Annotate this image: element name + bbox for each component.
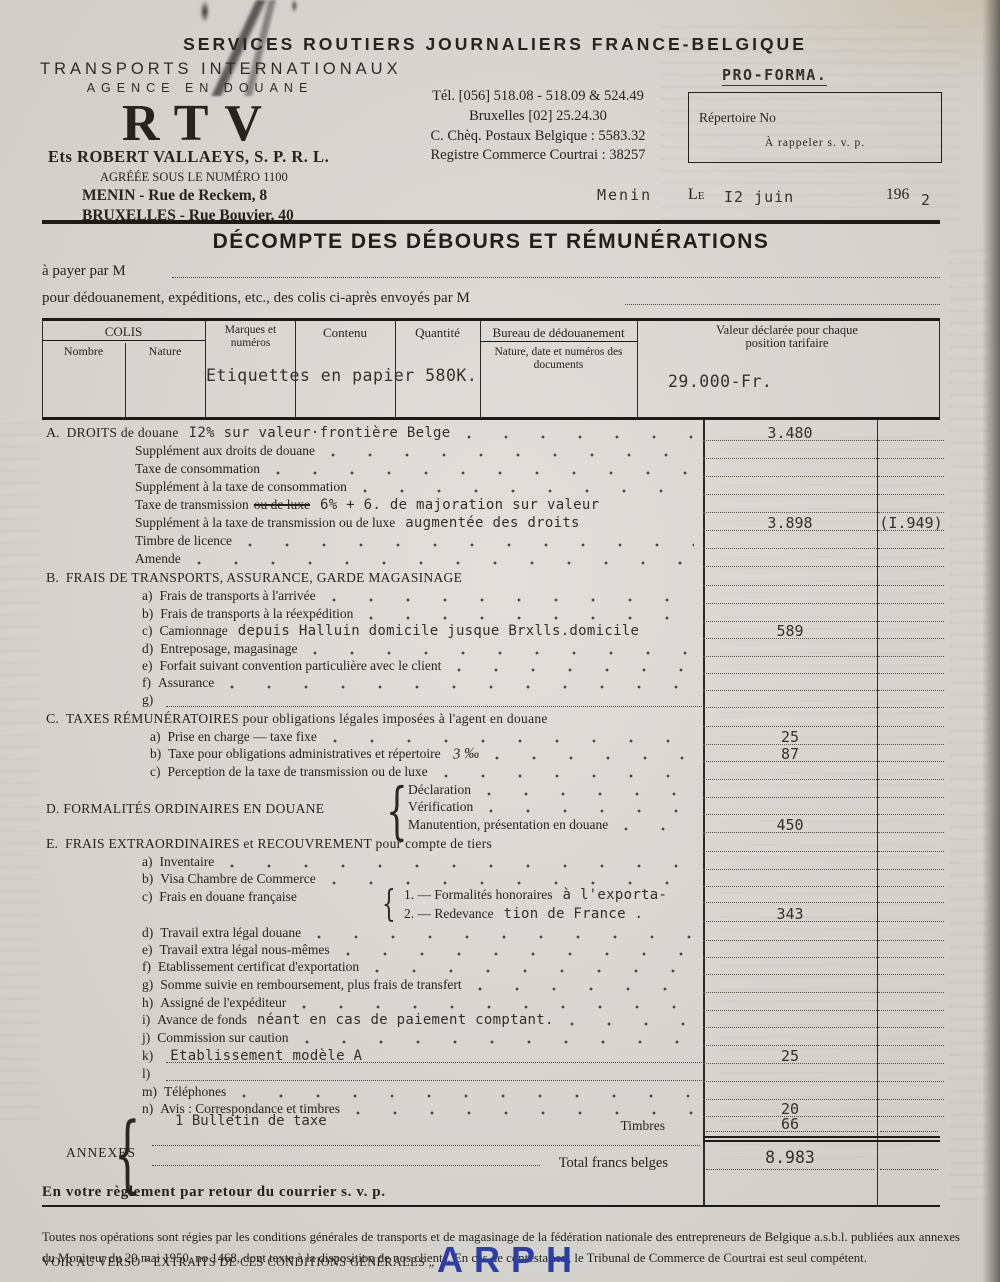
secondary-amount-cell <box>878 854 944 870</box>
row-letter: b) <box>142 606 153 622</box>
row-letter: C. <box>46 712 59 728</box>
form-row: B.FRAIS DE TRANSPORTS, ASSURANCE, GARDE … <box>42 570 940 588</box>
secondary-amount-cell <box>878 1084 944 1100</box>
secondary-amount-cell <box>878 606 944 622</box>
row-label: FRAIS EXTRAORDINAIRES et RECOUVREMENT po… <box>65 836 492 852</box>
secondary-amount-cell <box>878 497 944 513</box>
row-letter: i) <box>142 1012 150 1028</box>
row-label-zone: f)Assurance <box>42 675 702 693</box>
col-header-bureau-sub: Nature, date et numéros des documents <box>490 346 627 372</box>
annexes-label: ANNEXES <box>66 1145 136 1161</box>
form-row: Timbre de licence <box>42 533 940 551</box>
amount-cell <box>703 1030 877 1046</box>
address-menin: MENIN - Rue de Reckem, 8 <box>82 187 267 205</box>
phone-line: Tél. [056] 518.08 - 518.09 & 524.49 <box>398 88 678 105</box>
col-header-nombre: Nombre <box>42 344 125 359</box>
form-row: i)Avance de fondsnéant en cas de paiemen… <box>42 1012 940 1030</box>
form-row: e)Forfait suivant convention particulièr… <box>42 658 940 676</box>
dot-leader <box>317 935 694 939</box>
dot-leader <box>363 489 694 493</box>
row-label-zone: c)Perception de la taxe de transmission … <box>42 764 702 782</box>
repertoire-label: Répertoire No <box>699 110 776 126</box>
row-label: Timbre de licence <box>135 533 232 549</box>
amount-cell <box>703 588 877 604</box>
form-row: Supplément aux droits de douane <box>42 443 940 461</box>
row-label: Supplément aux droits de douane <box>135 443 315 459</box>
dot-leader <box>313 651 694 655</box>
form-row: c)Camionnagedepuis Halluin domicile jusq… <box>42 623 940 641</box>
dot-leader <box>375 969 694 973</box>
row-letter: d) <box>142 925 153 941</box>
row-letter: c) <box>142 889 153 904</box>
dot-leader <box>457 668 694 672</box>
row-label-zone: g)Somme suivie en remboursement, plus fr… <box>42 977 702 995</box>
row-label: 2. — Redevance <box>404 906 494 922</box>
table-border-right <box>939 320 940 417</box>
row-label: Frais de transports à l'arrivée <box>160 588 316 604</box>
secondary-amount-cell <box>878 836 944 852</box>
col-header-marques: Marques et numéros <box>208 324 293 350</box>
row-letter: l) <box>142 1066 150 1082</box>
form-row: Amende <box>42 551 940 569</box>
total-label: Total francs belges <box>520 1155 668 1172</box>
form-row: Supplément à la taxe de consommation <box>42 479 940 497</box>
row-label: Assurance <box>158 675 214 691</box>
secondary-amount-cell <box>878 1066 944 1082</box>
secondary-amount-cell: (I.949) <box>878 515 944 531</box>
row-label: Déclaration <box>408 782 471 798</box>
form-row: E.FRAIS EXTRAORDINAIRES et RECOUVREMENT … <box>42 836 940 854</box>
total-double-rule-bottom <box>703 1140 940 1142</box>
row-label: Avance de fonds <box>157 1012 247 1028</box>
amount-cell <box>703 871 877 887</box>
amount-cell <box>703 443 877 459</box>
secondary-amount-cell <box>878 764 944 780</box>
amount-underline <box>880 1117 938 1132</box>
form-row: a)Prise en charge — taxe fixe25 <box>42 729 940 747</box>
secondary-amount-cell <box>878 533 944 549</box>
row-label-zone: Taxe de consommation <box>42 461 702 479</box>
row-label-zone: d)Travail extra légal douane <box>42 925 702 943</box>
row-letter: m) <box>142 1084 157 1100</box>
dot-leader <box>478 987 694 991</box>
row-label: Visa Chambre de Commerce <box>160 871 316 887</box>
typed-entry: augmentée des droits <box>405 515 580 531</box>
row-label-zone: B.FRAIS DE TRANSPORTS, ASSURANCE, GARDE … <box>42 570 702 588</box>
header-rule <box>42 220 940 224</box>
amount-cell <box>703 692 877 708</box>
amount-cell: 87 <box>703 746 877 762</box>
section-d-label: D. FORMALITÉS ORDINAIRES EN DOUANE <box>46 801 324 817</box>
annexes-bulletin-typed: 1 Bulletin de taxe <box>175 1113 327 1129</box>
typed-entry: 6% + 6. de majoration sur valeur <box>320 497 599 513</box>
dot-leader <box>197 561 694 565</box>
arph-mark: ARPH <box>437 1239 583 1281</box>
row-label-zone: E.FRAIS EXTRAORDINAIRES et RECOUVREMENT … <box>42 836 702 854</box>
section-e-c-brace: { <box>382 884 396 925</box>
row-label-zone: Taxe de transmissionou de luxe6% + 6. de… <box>42 497 702 515</box>
row-label-zone: Timbre de licence <box>42 533 702 551</box>
typed-amount: 25 <box>781 1047 799 1065</box>
col-header-quantite: Quantité <box>395 325 480 341</box>
typed-amount: 25 <box>781 728 799 746</box>
form-row: k)Etablissement modèle A25 <box>42 1048 940 1066</box>
form-row: l) <box>42 1066 940 1084</box>
secondary-amount-cell <box>878 641 944 657</box>
table-top-rule <box>42 318 940 321</box>
secondary-amount-cell <box>878 711 944 727</box>
secondary-amount-cell <box>878 729 944 745</box>
row-label: Téléphones <box>164 1084 226 1100</box>
dot-leader <box>276 471 694 475</box>
section-e-c-label: c) Frais en douane française <box>142 889 297 905</box>
row-letter: d) <box>142 641 153 657</box>
typed-entry: néant en cas de paiement comptant. <box>257 1012 554 1028</box>
form-row: b)Taxe pour obligations administratives … <box>42 746 940 764</box>
typed-entry: I2% sur valeur·frontière Belge <box>189 425 451 441</box>
dot-leader <box>495 756 694 760</box>
row-label: Assigné de l'expéditeur <box>160 995 286 1011</box>
row-letter: A. <box>46 426 60 442</box>
amount-cell <box>703 1012 877 1028</box>
row-label: Somme suivie en remboursement, plus frai… <box>160 977 461 993</box>
agence-line: AGENCE EN DOUANE <box>40 81 360 95</box>
amount-cell <box>703 887 877 903</box>
dot-leader <box>346 952 694 956</box>
row-label: 1. — Formalités honoraires <box>404 887 552 903</box>
secondary-amount-cell <box>878 925 944 941</box>
form-row: a)Inventaire <box>42 854 940 872</box>
typed-amount: 3.480 <box>767 424 812 442</box>
row-label-zone: Déclaration <box>42 782 702 800</box>
dateline-year-printed: 196 <box>886 186 909 204</box>
scanned-document-page: SERVICES ROUTIERS JOURNALIERS FRANCE-BEL… <box>0 0 1000 1282</box>
typed-entry: tion de France . <box>504 906 644 922</box>
secondary-amount-cell <box>878 782 944 798</box>
dotted-fill-line <box>166 1067 702 1081</box>
secondary-amount-cell <box>878 887 944 903</box>
col-header-contenu: Contenu <box>295 325 395 341</box>
total-double-rule-top <box>703 1136 940 1138</box>
dot-leader <box>333 739 694 743</box>
dot-leader <box>302 1005 694 1009</box>
amount-cell: 3.898 <box>703 515 877 531</box>
row-label-zone: c)Camionnagedepuis Halluin domicile jusq… <box>42 623 702 641</box>
transports-line: TRANSPORTS INTERNATIONAUX <box>40 60 360 79</box>
row-label-zone: Supplément à la taxe de consommation <box>42 479 702 497</box>
dot-leader <box>331 453 694 457</box>
secondary-amount-cell <box>878 461 944 477</box>
row-label: Frais de transports à la réexpédition <box>160 606 353 622</box>
row-label-zone: n)Avis : Correspondance et timbres <box>42 1101 702 1119</box>
row-label-zone: a)Frais de transports à l'arrivée <box>42 588 702 606</box>
row-label: Prise en charge — taxe fixe <box>168 729 317 745</box>
typed-entry: depuis Halluin domicile jusque Brxlls.do… <box>238 623 640 639</box>
amount-cell <box>703 606 877 622</box>
amount-cell <box>703 1066 877 1082</box>
secondary-amount-cell <box>878 871 944 887</box>
form-row: f)Etablissement certificat d'exportation <box>42 959 940 977</box>
secondary-amount-cell <box>878 799 944 815</box>
col-header-bureau: Bureau de dédouanement <box>480 325 637 341</box>
row-label: Taxe de transmission <box>135 497 249 513</box>
table-divider <box>637 320 638 417</box>
row-letter: B. <box>46 571 59 587</box>
form-row: g)Somme suivie en remboursement, plus fr… <box>42 977 940 995</box>
row-letter: c) <box>150 764 161 780</box>
row-letter: b) <box>142 871 153 887</box>
secondary-amount-cell <box>878 692 944 708</box>
row-label: Forfait suivant convention particulière … <box>160 658 442 674</box>
row-letter: e) <box>142 942 153 958</box>
company-name: Ets ROBERT VALLAEYS, S. P. R. L. <box>48 147 329 167</box>
form-row: A.DROITS de douaneI2% sur valeur·frontiè… <box>42 425 940 443</box>
amount-underline <box>706 1155 874 1170</box>
form-row: Supplément à la taxe de transmission ou … <box>42 515 940 533</box>
payer-line2-rule <box>625 290 940 305</box>
dot-leader <box>369 616 694 620</box>
table-bottom-rule <box>42 417 940 420</box>
secondary-amount-cell <box>878 588 944 604</box>
row-label-zone: h)Assigné de l'expéditeur <box>42 995 702 1013</box>
amount-underline <box>880 1155 938 1170</box>
form-row: m)Téléphones <box>42 1084 940 1102</box>
amount-cell <box>703 570 877 586</box>
secondary-amount-cell <box>878 1101 944 1117</box>
row-label: Taxe pour obligations administratives et… <box>168 746 440 762</box>
dateline-year-typed: 2 <box>921 191 930 209</box>
services-banner: SERVICES ROUTIERS JOURNALIERS FRANCE-BEL… <box>150 34 840 55</box>
row-label: Etablissement certificat d'exportation <box>158 959 359 975</box>
form-row: Taxe de transmissionou de luxe6% + 6. de… <box>42 497 940 515</box>
amount-cell <box>703 461 877 477</box>
row-label-zone: e)Forfait suivant convention particulièr… <box>42 658 702 676</box>
secondary-amount-cell <box>878 1030 944 1046</box>
annexes-dotted-line <box>152 1131 700 1146</box>
form-row: e)Travail extra légal nous-mêmes <box>42 942 940 960</box>
page-title: DÉCOMPTE DES DÉBOURS ET RÉMUNÉRATIONS <box>42 230 940 254</box>
row-label: Amende <box>135 551 181 567</box>
form-row: j)Commission sur caution <box>42 1030 940 1048</box>
secondary-amount-cell <box>878 942 944 958</box>
row-letter: j) <box>142 1030 150 1046</box>
amount-cell: 25 <box>703 1048 877 1064</box>
amount-cell <box>703 799 877 815</box>
row-label: Inventaire <box>160 854 215 870</box>
amount-cell <box>703 497 877 513</box>
row-letter: h) <box>142 995 153 1011</box>
row-label-zone: Supplément à la taxe de transmission ou … <box>42 515 702 533</box>
form-row: C.TAXES RÉMUNÉRATOIRES pour obligations … <box>42 711 940 729</box>
secondary-amount-cell <box>878 675 944 691</box>
amount-cell: 25 <box>703 729 877 745</box>
col-header-colis: COLIS <box>42 324 205 340</box>
amount-cell <box>703 942 877 958</box>
secondary-amount-cell <box>878 425 944 441</box>
dot-leader <box>487 792 694 796</box>
row-label: Manutention, présentation en douane <box>408 817 608 833</box>
row-label-zone: 1. — Formalités honorairesà l'exporta- <box>42 887 702 905</box>
dotted-fill-line <box>166 693 702 707</box>
struck-text: ou de luxe <box>254 497 310 513</box>
row-label: Frais en douane française <box>159 889 297 904</box>
row-letter: E. <box>46 837 58 853</box>
colis-underline <box>42 340 205 341</box>
amount-cell <box>703 782 877 798</box>
secondary-amount-cell <box>878 1048 944 1064</box>
rappeler-label: À rappeler s. v. p. <box>689 137 941 149</box>
row-label-zone: a)Inventaire <box>42 854 702 872</box>
trade-register-line: Registre Commerce Courtrai : 38257 <box>398 147 678 164</box>
amount-cell <box>703 959 877 975</box>
form-row: Manutention, présentation en douane450 <box>42 817 940 835</box>
dot-leader <box>230 685 694 689</box>
amount-cell <box>703 711 877 727</box>
form-row: Déclaration <box>42 782 940 800</box>
row-label: Travail extra légal nous-mêmes <box>160 942 330 958</box>
form-row: f)Assurance <box>42 675 940 693</box>
row-label: Entreposage, magasinage <box>160 641 297 657</box>
row-label-zone: 2. — Redevancetion de France . <box>42 906 702 924</box>
row-letter: g) <box>142 977 153 993</box>
row-letter: e) <box>142 658 153 674</box>
row-letter: k) <box>142 1048 153 1064</box>
row-label-zone: A.DROITS de douaneI2% sur valeur·frontiè… <box>42 425 702 443</box>
row-letter: n) <box>142 1101 153 1117</box>
dot-leader <box>489 809 694 813</box>
secondary-amount-cell <box>878 817 944 833</box>
amount-cell <box>703 658 877 674</box>
amount-cell: 3.480 <box>703 425 877 441</box>
secondary-amount-cell <box>878 443 944 459</box>
row-label-zone: e)Travail extra légal nous-mêmes <box>42 942 702 960</box>
table-value-typed: 29.000-Fr. <box>668 372 772 391</box>
phone-line-bruxelles: Bruxelles [02] 25.24.30 <box>398 108 678 125</box>
amount-cell: 589 <box>703 623 877 639</box>
secondary-amount-cell <box>878 479 944 495</box>
annexes-dotted-line <box>152 1151 540 1166</box>
form-bottom-rule <box>42 1205 940 1207</box>
row-label-zone: Supplément aux droits de douane <box>42 443 702 461</box>
amount-cell <box>703 479 877 495</box>
amount-cell <box>703 641 877 657</box>
row-letter: c) <box>142 623 153 639</box>
amount-cell <box>703 925 877 941</box>
amount-cell <box>703 533 877 549</box>
secondary-amount-cell <box>878 746 944 762</box>
typed-amount: 87 <box>781 745 799 763</box>
secondary-amount-cell <box>878 623 944 639</box>
row-label: Taxe de consommation <box>135 461 260 477</box>
form-row: d)Entreposage, magasinage <box>42 641 940 659</box>
amount-cell <box>703 551 877 567</box>
typed-amount-secondary: (I.949) <box>879 514 942 532</box>
dot-leader <box>230 864 694 868</box>
secondary-amount-cell <box>878 1012 944 1028</box>
row-label-zone: j)Commission sur caution <box>42 1030 702 1048</box>
dot-leader <box>624 827 694 831</box>
dotted-fill-line <box>166 1049 702 1063</box>
dateline-place: Menin <box>597 186 652 204</box>
bureau-underline <box>480 341 637 342</box>
typed-amount: 589 <box>776 622 803 640</box>
form-row: h)Assigné de l'expéditeur <box>42 995 940 1013</box>
row-label-zone: Manutention, présentation en douane <box>42 817 702 835</box>
payer-line1-rule <box>172 263 940 278</box>
secondary-amount-cell <box>878 959 944 975</box>
section-d-brace: { <box>386 774 408 847</box>
secondary-amount-cell <box>878 977 944 993</box>
row-label-zone: b)Frais de transports à la réexpédition <box>42 606 702 624</box>
col-header-nature: Nature <box>125 344 205 359</box>
amount-cell <box>703 675 877 691</box>
typed-amount: 450 <box>776 816 803 834</box>
license-line: AGRÉÉE SOUS LE NUMÉRO 1100 <box>100 170 288 185</box>
amount-cell <box>703 764 877 780</box>
row-label: Supplément à la taxe de consommation <box>135 479 347 495</box>
postal-account-line: C. Chèq. Postaux Belgique : 5583.32 <box>398 128 678 145</box>
amount-cell <box>703 854 877 870</box>
payer-line2-label: pour dédouanement, expéditions, etc., de… <box>42 290 470 307</box>
dot-leader <box>242 1094 694 1098</box>
secondary-amount-cell <box>878 906 944 922</box>
row-letter: f) <box>142 675 151 691</box>
row-label-zone: m)Téléphones <box>42 1084 702 1102</box>
dot-leader <box>305 1040 695 1044</box>
col-header-valeur: Valeur déclarée pour chaque position tar… <box>697 324 877 350</box>
reglement-line: En votre règlement par retour du courrie… <box>42 1184 386 1201</box>
amount-cell <box>703 995 877 1011</box>
payer-line1-label: à payer par M <box>42 263 126 280</box>
form-row: c)Perception de la taxe de transmission … <box>42 764 940 782</box>
handwritten-note: 3 ‰ <box>452 745 479 763</box>
row-label: Supplément à la taxe de transmission ou … <box>135 515 395 531</box>
row-letter: b) <box>150 746 161 762</box>
secondary-amount-cell <box>878 658 944 674</box>
form-row: d)Travail extra légal douane <box>42 925 940 943</box>
row-letter: g) <box>142 692 153 708</box>
dot-leader <box>332 598 694 602</box>
form-row: Taxe de consommation <box>42 461 940 479</box>
form-row: g) <box>42 692 940 710</box>
row-label: DROITS de douane <box>67 425 179 441</box>
row-letter: f) <box>142 959 151 975</box>
form-row: a)Frais de transports à l'arrivée <box>42 588 940 606</box>
form-row: b)Frais de transports à la réexpédition <box>42 606 940 624</box>
row-label: Travail extra légal douane <box>160 925 301 941</box>
repertoire-box: Répertoire No À rappeler s. v. p. <box>688 92 942 163</box>
row-label: Commission sur caution <box>157 1030 288 1046</box>
bleedthrough-texture <box>0 420 40 1120</box>
secondary-amount-cell <box>878 570 944 586</box>
row-label-zone: Amende <box>42 551 702 569</box>
row-label: FRAIS DE TRANSPORTS, ASSURANCE, GARDE MA… <box>66 570 462 586</box>
dot-leader <box>467 435 694 439</box>
dateline-date: I2 juin <box>724 188 794 206</box>
secondary-amount-cell <box>878 995 944 1011</box>
company-logo: RTV <box>70 94 330 153</box>
bleedthrough-texture <box>950 240 990 1200</box>
typed-amount: 343 <box>776 905 803 923</box>
amount-cell <box>703 836 877 852</box>
amount-cell: 450 <box>703 817 877 833</box>
amount-underline <box>706 1117 874 1132</box>
table-content-typed: Etiquettes en papier 580K. <box>206 366 477 385</box>
dot-leader <box>356 1111 694 1115</box>
dateline-le: LE <box>688 186 705 204</box>
amount-cell <box>703 1084 877 1100</box>
typed-entry: à l'exporta- <box>562 887 667 903</box>
